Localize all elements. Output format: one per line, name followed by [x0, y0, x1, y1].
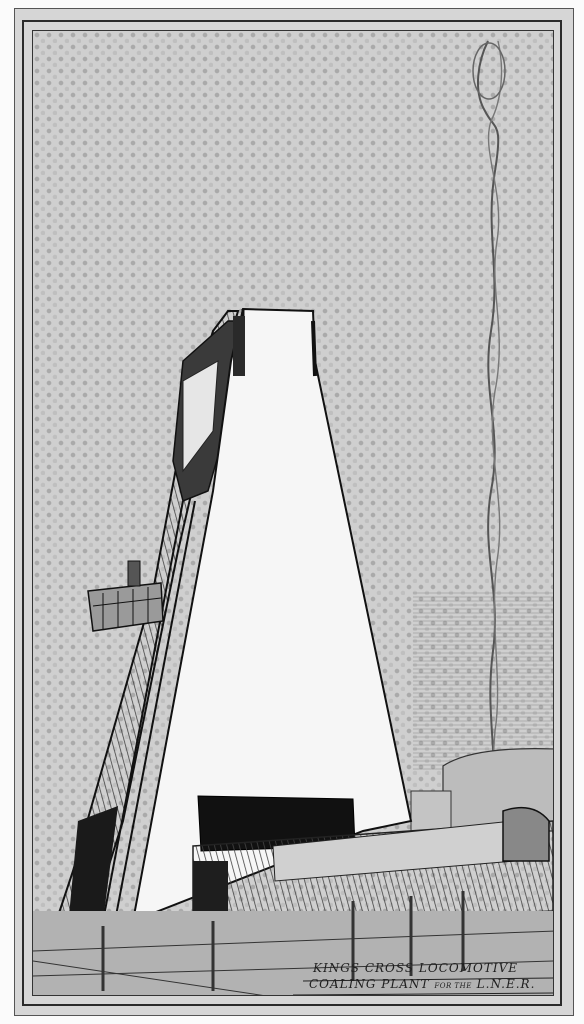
print-sheet: Kings Cross Locomotive Coaling Plant for…	[0, 0, 584, 1024]
caption-plant: Coaling Plant	[309, 977, 430, 991]
coaling-plant-drawing	[33, 31, 554, 996]
distant-lines	[413, 591, 553, 771]
drawing-area: Kings Cross Locomotive Coaling Plant for…	[32, 30, 554, 996]
caption-line-2: Coaling Plant for the L.N.E.R.	[309, 977, 554, 991]
drawing-caption: Kings Cross Locomotive Coaling Plant for…	[309, 961, 554, 991]
caption-line-1: Kings Cross Locomotive	[313, 961, 554, 975]
caption-railway: L.N.E.R.	[477, 977, 536, 991]
caption-for-the: for the	[434, 982, 471, 990]
